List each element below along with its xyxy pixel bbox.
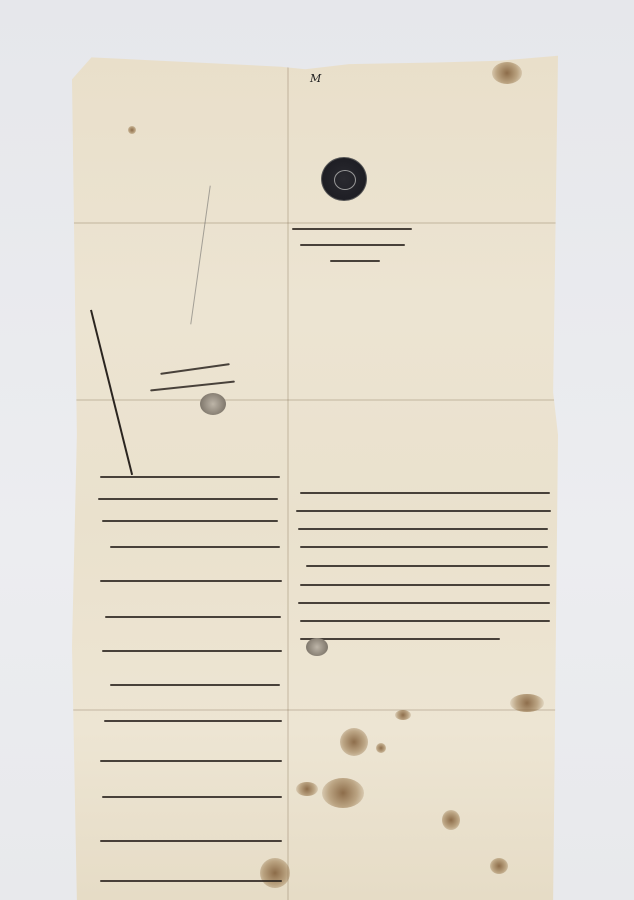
text-line <box>298 528 548 530</box>
stain <box>260 858 290 888</box>
text-line <box>300 492 550 494</box>
stain <box>510 694 544 712</box>
text-line <box>110 684 280 686</box>
stain <box>395 710 411 720</box>
text-line <box>300 546 548 548</box>
text-line <box>296 510 551 512</box>
text-line <box>298 602 550 604</box>
text-line <box>102 650 282 652</box>
header-note-line <box>300 244 405 246</box>
horizontal-fold <box>72 709 558 711</box>
text-line <box>110 546 280 548</box>
text-line <box>100 760 282 762</box>
tughra-seal-icon <box>321 157 367 201</box>
text-line <box>100 580 282 582</box>
text-line <box>105 616 281 618</box>
small-seal-icon <box>200 393 226 415</box>
text-line <box>100 476 280 478</box>
stain <box>340 728 368 756</box>
text-line <box>306 565 550 567</box>
stain <box>492 62 522 84</box>
text-line <box>102 796 282 798</box>
text-line <box>100 840 282 842</box>
stain <box>128 126 136 134</box>
horizontal-fold <box>72 222 558 224</box>
stain <box>442 810 460 830</box>
horizontal-fold <box>72 399 558 401</box>
text-line <box>104 720 282 722</box>
stain <box>296 782 318 796</box>
vertical-fold <box>287 54 289 900</box>
stain <box>376 743 386 753</box>
stain <box>322 778 364 808</box>
text-line <box>300 638 500 640</box>
text-line <box>300 584 550 586</box>
text-line <box>300 620 550 622</box>
stain <box>490 858 508 874</box>
text-line <box>102 520 278 522</box>
header-note-line <box>330 260 380 262</box>
text-line <box>98 498 278 500</box>
header-note-line <box>292 228 412 230</box>
small-seal-icon <box>306 638 328 656</box>
corner-mark: M <box>310 72 321 85</box>
text-line <box>100 880 282 882</box>
